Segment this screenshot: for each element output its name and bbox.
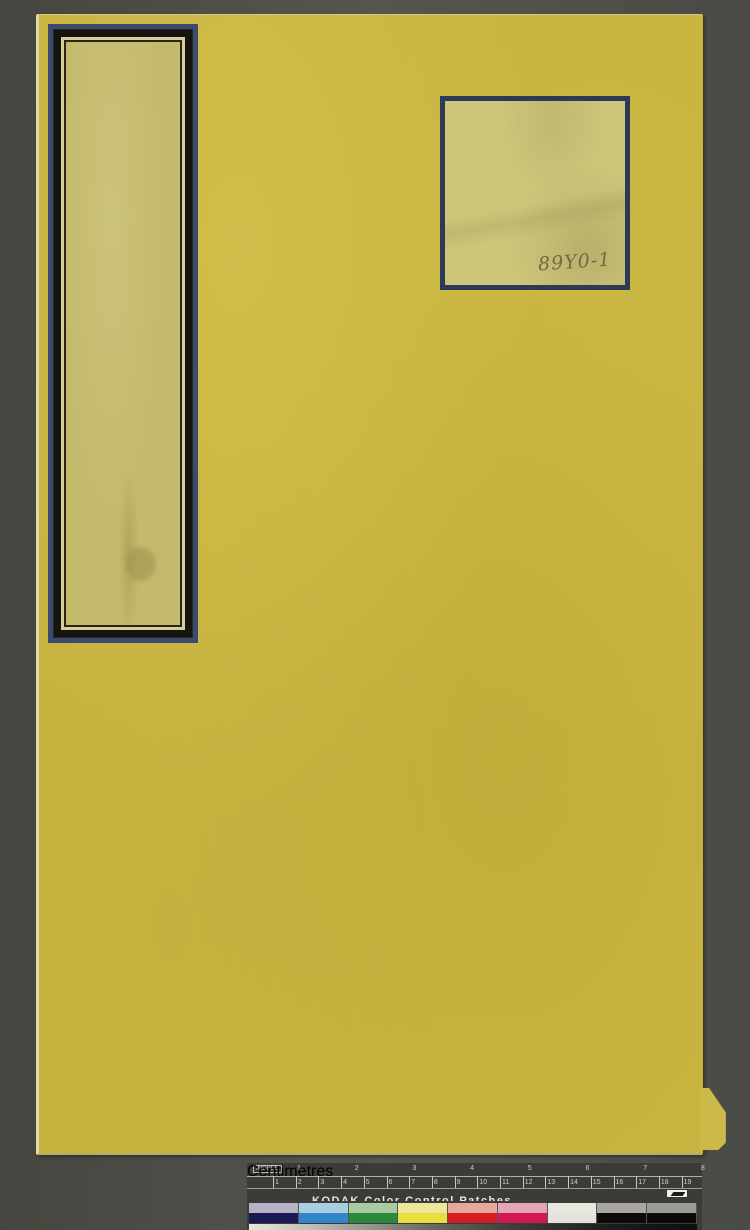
scanned-book-cover-image: 89Y0-1 INCHES 12345678910111213141516171… — [0, 0, 750, 1230]
title-slip-paper — [64, 40, 182, 627]
kodak-logo-icon — [666, 1189, 688, 1198]
cm-mark: 12 — [525, 1179, 533, 1186]
title-slip — [48, 24, 198, 643]
color-patch-cyan — [299, 1203, 349, 1223]
inch-mark: 8 — [701, 1165, 705, 1172]
cm-mark: 17 — [638, 1179, 646, 1186]
cm-mark: 8 — [434, 1179, 438, 1186]
inch-mark: 6 — [586, 1165, 590, 1172]
inch-mark: 7 — [643, 1165, 647, 1172]
cm-mark: 15 — [593, 1179, 601, 1186]
inch-mark: 2 — [355, 1165, 359, 1172]
color-patch-3-color — [597, 1203, 647, 1223]
cm-mark: 16 — [616, 1179, 624, 1186]
cm-mark: 4 — [343, 1179, 347, 1186]
title-slip-outer-frame — [53, 29, 193, 638]
library-label-paper: 89Y0-1 — [445, 101, 625, 285]
cover-corner-fold — [700, 1088, 726, 1150]
color-patches — [249, 1203, 697, 1223]
kodak-brand-text: KODAK Color Control Patches — [312, 1193, 512, 1201]
inch-mark: 5 — [528, 1165, 532, 1172]
call-number: 89Y0-1 — [537, 248, 612, 275]
color-patch-blue — [249, 1203, 299, 1223]
cm-mark: 7 — [411, 1179, 415, 1186]
color-patch-white — [548, 1203, 598, 1223]
color-patch-black — [647, 1203, 697, 1223]
cm-mark: 13 — [547, 1179, 555, 1186]
library-label: 89Y0-1 — [440, 96, 630, 290]
cm-mark: 18 — [661, 1179, 669, 1186]
cm-mark: 9 — [457, 1179, 461, 1186]
stain-mark — [126, 547, 156, 581]
color-patch-green — [349, 1203, 399, 1223]
color-patch-magenta — [498, 1203, 548, 1223]
cm-mark: 10 — [479, 1179, 487, 1186]
color-patch-yellow — [398, 1203, 448, 1223]
inch-mark: 4 — [470, 1165, 474, 1172]
centimetres-label: Centimetres — [247, 1163, 333, 1181]
cm-mark: 5 — [366, 1179, 370, 1186]
cm-mark: 11 — [502, 1179, 509, 1186]
cm-mark: 19 — [684, 1179, 692, 1186]
gray-scale-strip — [249, 1224, 697, 1230]
kodak-color-target: INCHES 123456789101112131415161718191234… — [247, 1163, 702, 1230]
inch-mark: 3 — [412, 1165, 416, 1172]
color-patch-red — [448, 1203, 498, 1223]
cm-mark: 6 — [389, 1179, 393, 1186]
cm-mark: 14 — [570, 1179, 578, 1186]
